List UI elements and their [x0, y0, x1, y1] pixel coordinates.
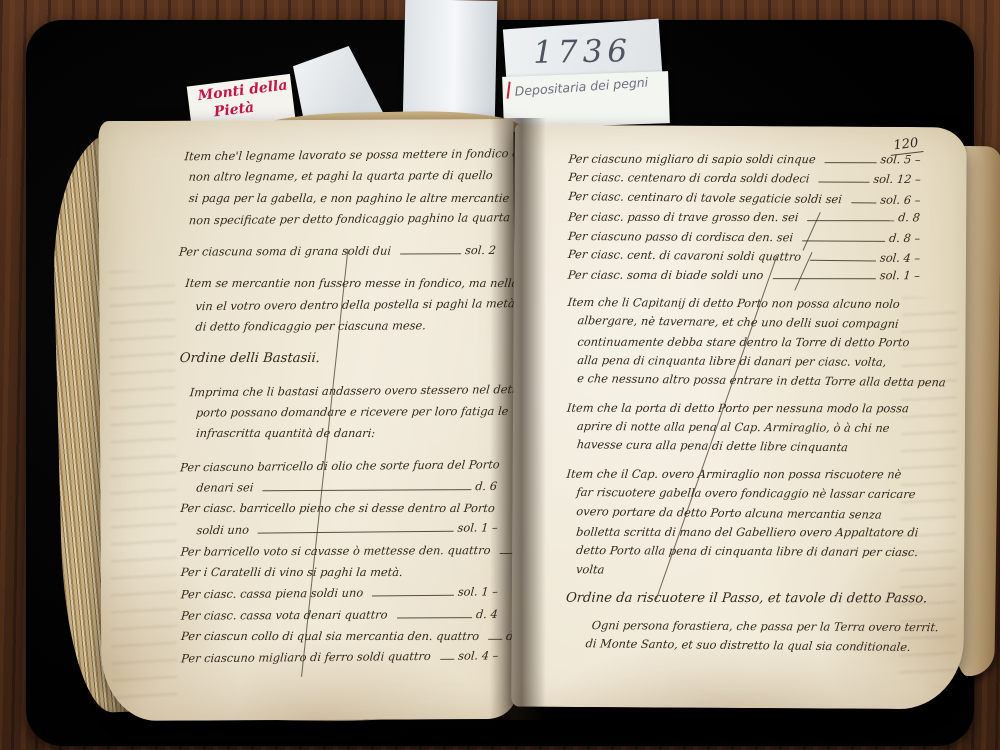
manuscript-text: bolletta scritta di mano del Gabelliero … [576, 525, 919, 540]
manuscript-line: infrascritta quantità de danari: [180, 426, 497, 447]
manuscript-text: volta [575, 562, 605, 576]
manuscript-line: porto possano domandare e ricevere per l… [180, 404, 497, 427]
left-page-text: Item che'l legname lavorato se possa met… [179, 147, 499, 672]
ruled-dash-line [807, 220, 894, 221]
manuscript-line: Ordine da riscuotere il Passo, et tavole… [566, 591, 918, 611]
manuscript-text: e che nessuno altro possa entrare in det… [577, 371, 947, 389]
manuscript-line: Per i Caratelli di vino si paghi la metà… [181, 565, 498, 586]
manuscript-line: denari seid. 6 [180, 479, 497, 502]
manuscript-text: Per ciasc. cassa vota denari quattro [180, 607, 388, 622]
manuscript-line: non altro legname, et paghi la quarta pa… [179, 168, 496, 191]
manuscript-text: Item che li Capitanij di detto Porto non… [567, 295, 900, 311]
manuscript-text: far riscuotere gabella overo fondicaggio… [576, 485, 916, 501]
manuscript-line: Per ciasc. cassa piena soldi unosol. 1 – [181, 585, 498, 609]
manuscript-text: Per ciascuno migliaro di ferro soldi qua… [181, 649, 432, 665]
right-page: 120 Per ciascuno migliaro di sapio soldi… [511, 125, 967, 710]
ink-showthrough [109, 271, 177, 701]
manuscript-line: Item se mercantie non fussero messe in f… [179, 276, 496, 297]
manuscript-line: Per ciascuno migliaro di sapio soldi cin… [569, 152, 921, 172]
manuscript-line: soldi unosol. 1 – [180, 521, 497, 545]
manuscript-text: Per ciascuno passo di cordisca den. sei [567, 229, 793, 244]
ruled-dash-line [851, 202, 876, 203]
manuscript-text: Per barricello voto si cavasse ò mettess… [180, 543, 491, 559]
right-page-text: Per ciascuno migliaro di sapio soldi cin… [566, 151, 921, 659]
photograph-of-open-manuscript: 1736 Depositaria dei pegni Monti della P… [0, 0, 1000, 750]
amount-value: sol. 1 – [457, 521, 498, 535]
manuscript-text: Per ciasc. barricello pieno che si desse… [180, 501, 496, 515]
manuscript-text: vin el votro overo dentro della postella… [195, 296, 516, 313]
manuscript-text: di Monte Santo, et suo distretto la qual… [585, 636, 911, 654]
manuscript-text: Per ciasc. cent. di cavaroni soldi quatt… [567, 247, 802, 264]
manuscript-text: Item che il Cap. overo Armiraglio non po… [566, 467, 902, 482]
manuscript-line: Per ciascuno migliaro di ferro soldi qua… [181, 649, 498, 673]
manuscript-line: vin el votro overo dentro della postella… [179, 296, 496, 320]
manuscript-text: albergare, nè tavernare, et che uno dell… [577, 313, 899, 331]
manuscript-text: Per ciascuna soma di grana soldi dui [179, 244, 392, 259]
ruled-dash-line [819, 182, 869, 183]
manuscript-text: porto possano domandare e ricevere per l… [195, 404, 509, 420]
left-page: Item che'l legname lavorato se possa met… [98, 119, 516, 721]
ruled-dash-line [772, 278, 875, 279]
manuscript-line: Per ciascun collo di qual sia mercantia … [181, 629, 498, 650]
manuscript-line: albergare, nè tavernare, et che uno dell… [567, 313, 919, 336]
manuscript-line: Per ciasc. passo di trave grosso den. se… [568, 210, 920, 230]
ruled-dash-line [825, 162, 877, 163]
amount-value: sol. 6 – [879, 192, 921, 206]
amount-value: sol. 12 – [872, 172, 921, 186]
manuscript-line: Item che la porta di detto Porto per nes… [567, 400, 919, 420]
amount-value: d. 4 [476, 607, 499, 621]
manuscript-text: detto Porto alla pena di cinquanta libre… [576, 543, 919, 559]
amount-value: sol. 2 [465, 243, 497, 257]
amount-value: sol. 4 – [458, 649, 499, 663]
manuscript-line: e che nessuno altro possa entrare in det… [567, 371, 919, 394]
amount-value: d. 8 – [888, 230, 920, 244]
manuscript-line: havesse cura alla pena di dette libre ci… [567, 437, 919, 460]
manuscript-text: Per ciasc. passo di trave grosso den. se… [568, 210, 800, 224]
manuscript-line: volta [566, 562, 918, 585]
manuscript-line: Item che il Cap. overo Armiraglio non po… [567, 467, 919, 487]
manuscript-line: si paga per la gabella, e non paghino le… [179, 190, 496, 211]
manuscript-line: di Monte Santo, et suo distretto la qual… [565, 636, 917, 659]
manuscript-text: Ordine da riscuotere il Passo, et tavole… [565, 591, 928, 607]
manuscript-text: Per ciasc. centinaro di tavole segaticie… [568, 189, 843, 206]
amount-value: d. 8 [898, 210, 921, 224]
amount-value: sol. 1 – [879, 269, 920, 283]
manuscript-line: Imprima che li bastasi andassero overo s… [180, 382, 497, 406]
manuscript-text: non specificate per detto fondicaggio pa… [188, 210, 545, 227]
manuscript-text: Item che'l legname lavorato se possa met… [184, 146, 524, 163]
amount-value: sol. 5 – [880, 152, 921, 166]
manuscript-text: alla pena di cinquanta libre di danari p… [577, 353, 887, 369]
manuscript-text: si paga per la gabella, e non paghino le… [188, 190, 510, 204]
open-manuscript-book: Item che'l legname lavorato se possa met… [0, 0, 1000, 750]
manuscript-text: non altro legname, et paghi la quarta pa… [188, 168, 493, 184]
manuscript-line: Per ciascuna soma di grana soldi duisol.… [179, 243, 496, 266]
manuscript-text: soldi uno [196, 523, 250, 538]
manuscript-line: Per ciasc. cassa vota denari quattrod. 4 [181, 607, 498, 630]
ruled-dash-line [400, 253, 461, 254]
ruled-dash-line [397, 617, 473, 618]
ruled-dash-line [488, 639, 502, 640]
manuscript-text: Ogni persona forastiera, che passa per l… [591, 618, 939, 634]
manuscript-text: Per ciasc. centenaro di corda soldi dode… [568, 170, 810, 185]
manuscript-line: Item che'l legname lavorato se possa met… [179, 146, 496, 170]
manuscript-line: far riscuotere gabella overo fondicaggio… [566, 485, 918, 507]
manuscript-line: Per barricello voto si cavasse ò mettess… [181, 543, 498, 566]
manuscript-line: non specificate per detto fondicaggio pa… [179, 210, 496, 234]
ruled-dash-line [440, 659, 454, 660]
manuscript-text: Item se mercantie non fussero messe in f… [185, 276, 519, 290]
manuscript-text: Imprima che li bastasi andassero overo s… [189, 382, 524, 399]
ruled-dash-line [372, 595, 453, 597]
manuscript-text: Ordine delli Bastasii. [179, 351, 321, 366]
manuscript-text: overo portare da detto Porto alcuna merc… [576, 504, 883, 521]
manuscript-text: di detto fondicaggio per ciascuna mese. [195, 318, 427, 333]
manuscript-line: Per ciasc. soma di biade soldi unosol. 1… [568, 268, 920, 288]
manuscript-text: aprire di notte alla pena al Cap. Armira… [576, 419, 890, 435]
ruled-dash-line [258, 531, 453, 534]
manuscript-line: Per ciascuno barricello di olio che sort… [180, 457, 497, 481]
manuscript-text: Item che la porta di detto Porto per nes… [566, 400, 909, 415]
amount-value: d. 6 [475, 479, 498, 493]
manuscript-text: Per i Caratelli di vino si paghi la metà… [180, 565, 403, 579]
manuscript-line: Ordine delli Bastasii. [180, 351, 497, 372]
manuscript-text: Per ciascuno barricello di olio che sort… [180, 457, 501, 474]
manuscript-text: Per ciasc. soma di biade soldi uno [567, 268, 764, 282]
manuscript-line: bolletta scritta di mano del Gabelliero … [566, 525, 918, 545]
ruled-dash-line [802, 240, 885, 242]
amount-value: sol. 4 – [879, 251, 921, 265]
ruled-dash-line [810, 260, 876, 262]
manuscript-line: overo portare da detto Porto alcuna merc… [566, 504, 918, 527]
manuscript-line: Per ciasc. barricello pieno che si desse… [180, 501, 497, 522]
manuscript-text: Per ciascuno migliaro di sapio soldi cin… [568, 152, 816, 166]
ruled-dash-line [262, 489, 471, 491]
manuscript-line: Per ciasc. centinaro di tavole segaticie… [568, 189, 920, 212]
manuscript-text: Per ciasc. cassa piena soldi uno [180, 586, 363, 602]
manuscript-text: Per ciascun collo di qual sia mercantia … [181, 629, 480, 643]
manuscript-text: infrascritta quantità de danari: [195, 426, 375, 440]
amount-value: sol. 1 – [457, 585, 498, 599]
manuscript-text: denari sei [196, 480, 254, 494]
